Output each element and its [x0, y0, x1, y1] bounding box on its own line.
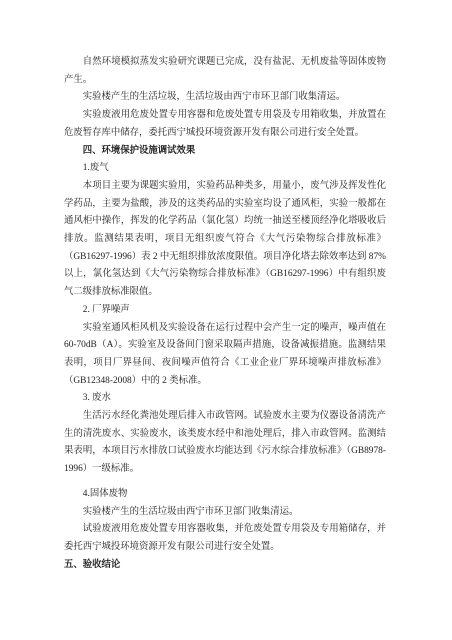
subheading-1-waste-gas: 1.废气: [64, 160, 386, 178]
report-page: 自然环境模拟蒸发实验研究课题已完成，没有盐泥、无机废盐等固体废物产生。 实验楼产…: [0, 0, 452, 640]
subheading-3-wastewater: 3. 废水: [64, 390, 386, 408]
paragraph-waste-gas-detail: 本项目主要为课题实验用，实验药品种类多，用量小，废气涉及挥发性化学药品，主要为盐…: [64, 178, 386, 302]
paragraph-waste-liquid-disposal: 实验废液用危废处置专用容器和危废处置专用袋及专用箱收集，并放置在危废暂存库中储存…: [64, 107, 386, 142]
paragraph-noise-detail: 实验室通风柜风机及实验设备在运行过程中会产生一定的噪声，噪声值在 60-70dB…: [64, 320, 386, 391]
subheading-2-boundary-noise: 2. 厂界噪声: [64, 302, 386, 320]
section-heading-4-debugging-effect: 四、环境保护设施调试效果: [64, 143, 386, 161]
paragraph-evaporation-study: 自然环境模拟蒸发实验研究课题已完成，没有盐泥、无机废盐等固体废物产生。: [64, 54, 386, 89]
paragraph-solid-waste-liquid: 试验废液用危废处置专用容器收集，并危废处置专用袋及专用箱储存，并委托西宁城投环境…: [64, 521, 386, 556]
subheading-4-solid-waste: 4.固体废物: [64, 486, 386, 504]
paragraph-solid-waste-garbage: 实验楼产生的生活垃圾由西宁市环卫部门收集清运。: [64, 504, 386, 522]
paragraph-wastewater-detail: 生活污水经化粪池处理后排入市政管网。试验废水主要为仪器设备清洗产生的清洗废水、实…: [64, 408, 386, 479]
section-heading-5-acceptance-conclusion: 五、验收结论: [64, 557, 386, 575]
paragraph-domestic-garbage: 实验楼产生的生活垃圾，生活垃圾由西宁市环卫部门收集清运。: [64, 89, 386, 107]
